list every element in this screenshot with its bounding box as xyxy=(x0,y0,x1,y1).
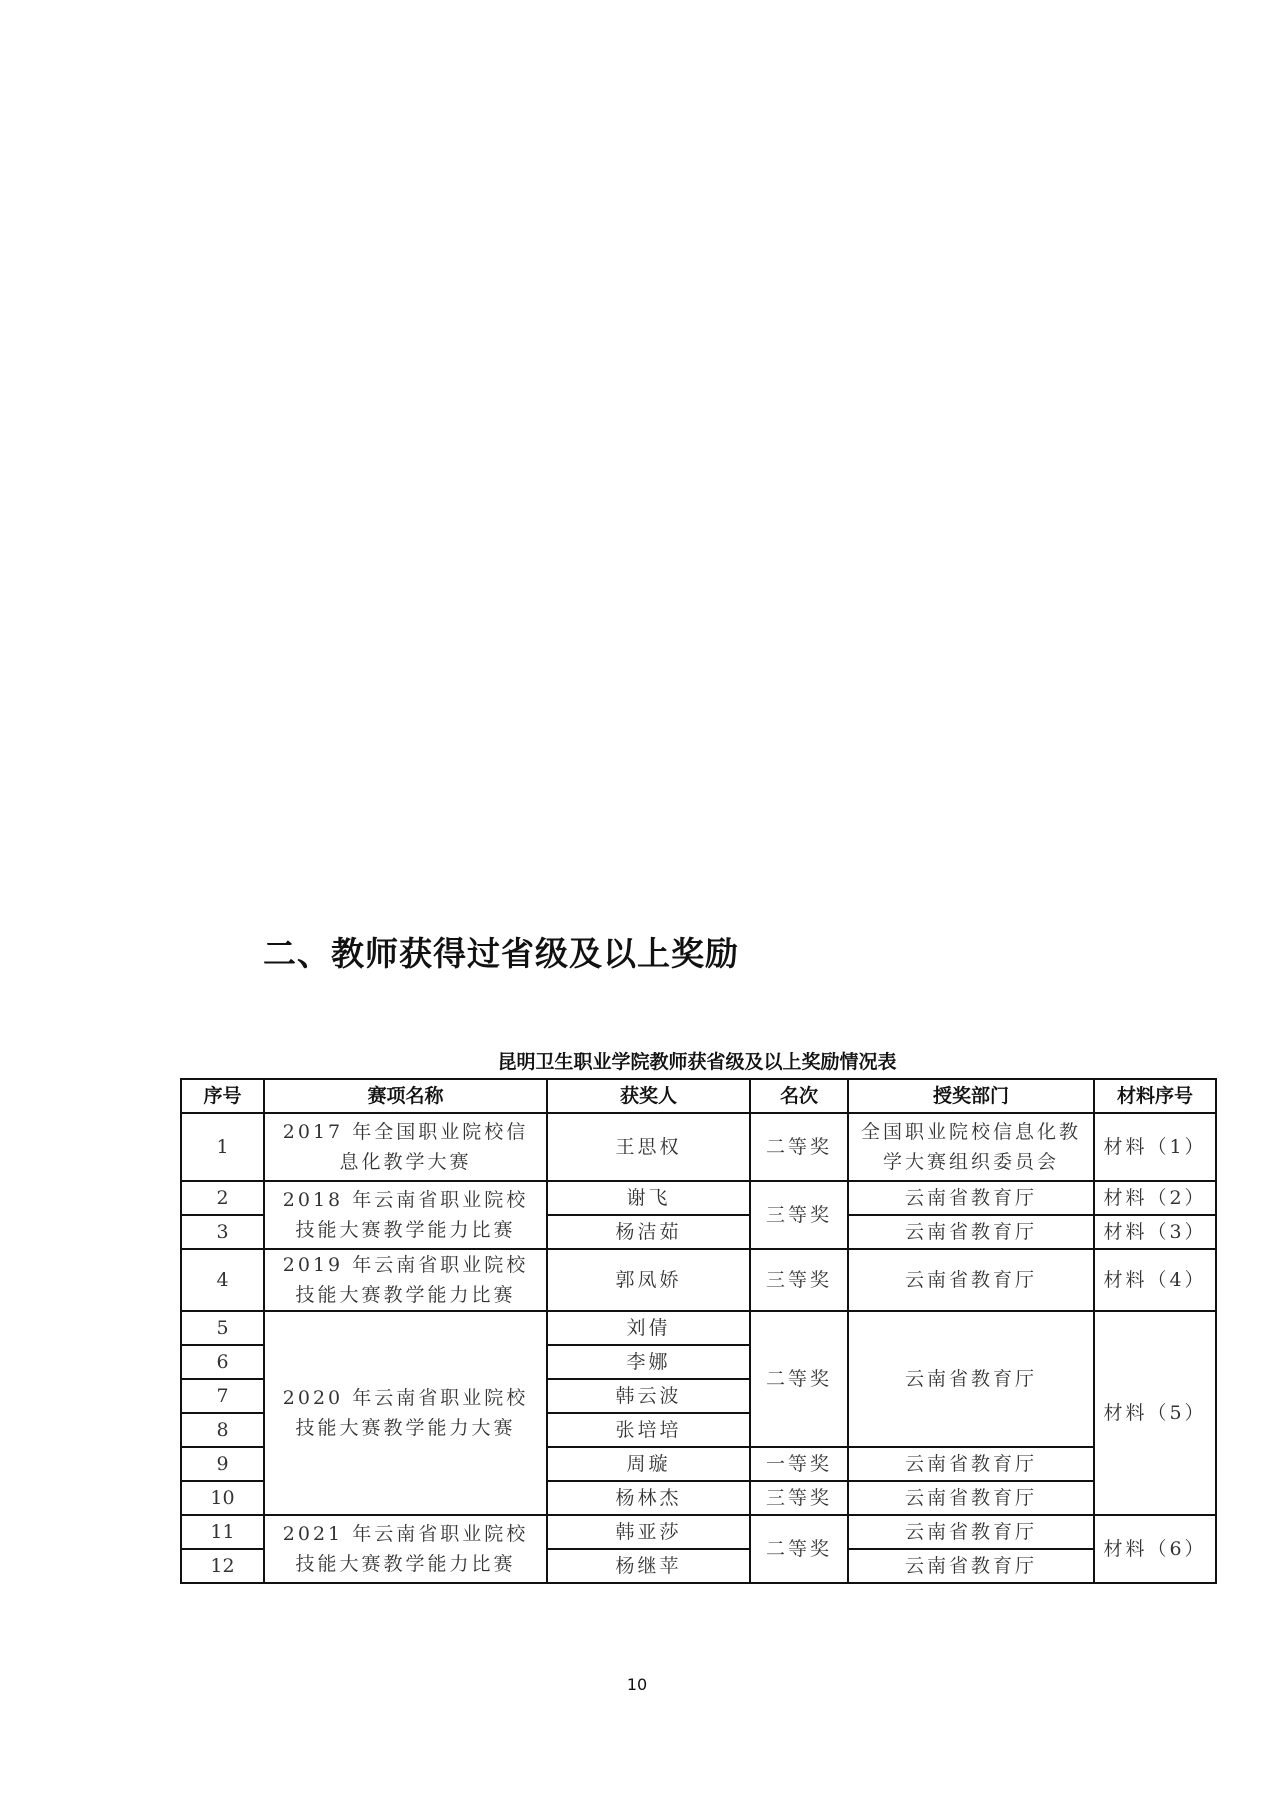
cell-material: 材料（6） xyxy=(1094,1515,1216,1583)
cell-event: 2020 年云南省职业院校技能大赛教学能力大赛 xyxy=(264,1311,547,1515)
cell-dept: 全国职业院校信息化教学大赛组织委员会 xyxy=(848,1113,1094,1181)
section-title: 二、教师获得过省级及以上奖励 xyxy=(263,928,739,975)
cell-dept: 云南省教育厅 xyxy=(848,1311,1094,1447)
cell-no: 5 xyxy=(181,1311,264,1345)
cell-no: 4 xyxy=(181,1249,264,1311)
cell-rank: 一等奖 xyxy=(750,1447,848,1481)
cell-winner: 杨洁茹 xyxy=(547,1215,750,1249)
cell-no: 8 xyxy=(181,1413,264,1447)
table-row: 1 2017 年全国职业院校信息化教学大赛 王思权 二等奖 全国职业院校信息化教… xyxy=(181,1113,1216,1181)
table-caption: 昆明卫生职业学院教师获省级及以上奖励情况表 xyxy=(180,1047,1214,1074)
cell-winner: 周璇 xyxy=(547,1447,750,1481)
cell-dept: 云南省教育厅 xyxy=(848,1549,1094,1583)
cell-dept: 云南省教育厅 xyxy=(848,1447,1094,1481)
header-dept: 授奖部门 xyxy=(848,1079,1094,1113)
cell-dept: 云南省教育厅 xyxy=(848,1481,1094,1515)
header-event: 赛项名称 xyxy=(264,1079,547,1113)
cell-winner: 杨林杰 xyxy=(547,1481,750,1515)
cell-no: 11 xyxy=(181,1515,264,1549)
cell-winner: 杨继苹 xyxy=(547,1549,750,1583)
cell-winner: 郭凤娇 xyxy=(547,1249,750,1311)
cell-event: 2017 年全国职业院校信息化教学大赛 xyxy=(264,1113,547,1181)
cell-winner: 张培培 xyxy=(547,1413,750,1447)
table-row: 4 2019 年云南省职业院校技能大赛教学能力比赛 郭凤娇 三等奖 云南省教育厅… xyxy=(181,1249,1216,1311)
header-no: 序号 xyxy=(181,1079,264,1113)
cell-no: 12 xyxy=(181,1549,264,1583)
cell-winner: 谢飞 xyxy=(547,1181,750,1215)
awards-table: 序号 赛项名称 获奖人 名次 授奖部门 材料序号 1 2017 年全国职业院校信… xyxy=(180,1078,1217,1584)
cell-no: 7 xyxy=(181,1379,264,1413)
cell-dept: 云南省教育厅 xyxy=(848,1249,1094,1311)
cell-event: 2021 年云南省职业院校技能大赛教学能力比赛 xyxy=(264,1515,547,1583)
cell-rank: 三等奖 xyxy=(750,1181,848,1249)
table-row: 11 2021 年云南省职业院校技能大赛教学能力比赛 韩亚莎 二等奖 云南省教育… xyxy=(181,1515,1216,1549)
cell-dept: 云南省教育厅 xyxy=(848,1215,1094,1249)
cell-material: 材料（2） xyxy=(1094,1181,1216,1215)
table-row: 2 2018 年云南省职业院校技能大赛教学能力比赛 谢飞 三等奖 云南省教育厅 … xyxy=(181,1181,1216,1215)
cell-winner: 韩云波 xyxy=(547,1379,750,1413)
cell-rank: 二等奖 xyxy=(750,1113,848,1181)
cell-no: 1 xyxy=(181,1113,264,1181)
cell-rank: 三等奖 xyxy=(750,1481,848,1515)
cell-no: 3 xyxy=(181,1215,264,1249)
cell-event: 2019 年云南省职业院校技能大赛教学能力比赛 xyxy=(264,1249,547,1311)
cell-winner: 李娜 xyxy=(547,1345,750,1379)
cell-rank: 三等奖 xyxy=(750,1249,848,1311)
cell-rank: 二等奖 xyxy=(750,1515,848,1583)
cell-dept: 云南省教育厅 xyxy=(848,1181,1094,1215)
cell-no: 6 xyxy=(181,1345,264,1379)
cell-material: 材料（4） xyxy=(1094,1249,1216,1311)
cell-winner: 王思权 xyxy=(547,1113,750,1181)
cell-winner: 韩亚莎 xyxy=(547,1515,750,1549)
page-number: 10 xyxy=(0,1675,1274,1694)
cell-event: 2018 年云南省职业院校技能大赛教学能力比赛 xyxy=(264,1181,547,1249)
cell-material: 材料（5） xyxy=(1094,1311,1216,1515)
table-row: 5 2020 年云南省职业院校技能大赛教学能力大赛 刘倩 二等奖 云南省教育厅 … xyxy=(181,1311,1216,1345)
cell-no: 2 xyxy=(181,1181,264,1215)
cell-material: 材料（3） xyxy=(1094,1215,1216,1249)
table-header-row: 序号 赛项名称 获奖人 名次 授奖部门 材料序号 xyxy=(181,1079,1216,1113)
cell-no: 9 xyxy=(181,1447,264,1481)
cell-winner: 刘倩 xyxy=(547,1311,750,1345)
cell-rank: 二等奖 xyxy=(750,1311,848,1447)
header-material: 材料序号 xyxy=(1094,1079,1216,1113)
cell-dept: 云南省教育厅 xyxy=(848,1515,1094,1549)
cell-material: 材料（1） xyxy=(1094,1113,1216,1181)
header-winner: 获奖人 xyxy=(547,1079,750,1113)
cell-no: 10 xyxy=(181,1481,264,1515)
header-rank: 名次 xyxy=(750,1079,848,1113)
